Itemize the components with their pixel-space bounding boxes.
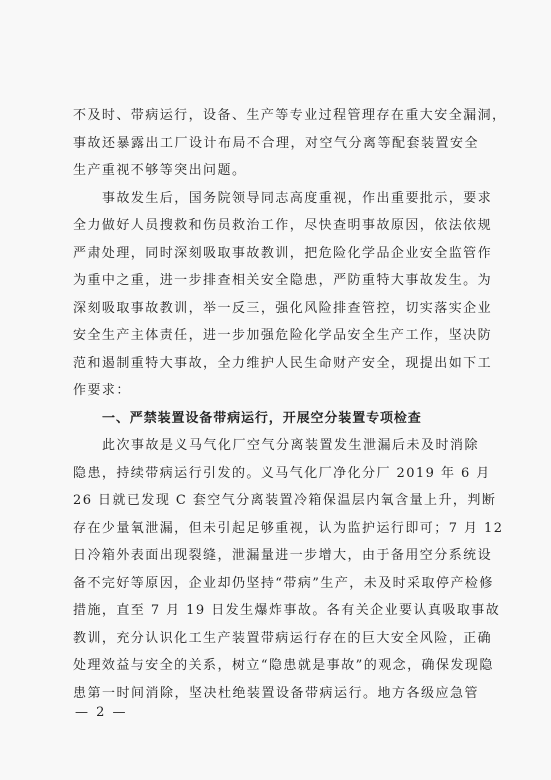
paragraph-line: 作要求： <box>73 377 479 405</box>
paragraph-line: 存在少量氧泄漏，但未引起足够重视，认为监护运行即可；7 月 12 <box>73 515 479 543</box>
paragraph-line: 患第一时间消除，坚决杜绝装置设备带病运行。地方各级应急管 <box>73 680 479 708</box>
paragraph-line: 备不完好等原因，企业却仍坚持“带病”生产，未及时采取停产检修 <box>73 570 479 598</box>
paragraph-line: 措施，直至 7 月 19 日发生爆炸事故。各有关企业要认真吸取事故 <box>73 597 479 625</box>
paragraph-line: 教训，充分认识化工生产装置带病运行存在的巨大安全风险，正确 <box>73 625 479 653</box>
paragraph-line: 安全生产主体责任，进一步加强危险化学品安全生产工作，坚决防 <box>73 322 479 350</box>
paragraph-line: 范和遏制重特大事故，全力维护人民生命财产安全，现提出如下工 <box>73 350 479 378</box>
paragraph-line: 日冷箱外表面出现裂缝，泄漏量进一步增大，由于备用空分系统设 <box>73 542 479 570</box>
document-body: 不及时、带病运行，设备、生产等专业过程管理存在重大安全漏洞， 事故还暴露出工厂设… <box>73 102 479 707</box>
section-heading: 一、严禁装置设备带病运行，开展空分装置专项检查 <box>73 405 479 433</box>
paragraph-line: 隐患，持续带病运行引发的。义马气化厂净化分厂 2019 年 6 月 <box>73 460 479 488</box>
paragraph-line: 全力做好人员搜救和伤员救治工作，尽快查明事故原因，依法依规 <box>73 212 479 240</box>
paragraph-line: 此次事故是义马气化厂空气分离装置发生泄漏后未及时消除 <box>73 432 479 460</box>
paragraph-line: 事故发生后，国务院领导同志高度重视，作出重要批示，要求 <box>73 185 479 213</box>
page-number: — 2 — <box>75 703 128 723</box>
paragraph-line: 为重中之重，进一步排查相关安全隐患，严防重特大事故发生。为 <box>73 267 479 295</box>
paragraph-line: 26 日就已发现 C 套空气分离装置冷箱保温层内氧含量上升，判断 <box>73 487 479 515</box>
paragraph-line: 事故还暴露出工厂设计布局不合理，对空气分离等配套装置安全 <box>73 130 479 158</box>
paragraph-line: 生产重视不够等突出问题。 <box>73 157 479 185</box>
document-page: 不及时、带病运行，设备、生产等专业过程管理存在重大安全漏洞， 事故还暴露出工厂设… <box>0 0 551 780</box>
paragraph-line: 严肃处理，同时深刻吸取事故教训，把危险化学品企业安全监管作 <box>73 240 479 268</box>
paragraph-line: 不及时、带病运行，设备、生产等专业过程管理存在重大安全漏洞， <box>73 102 479 130</box>
paragraph-line: 深刻吸取事故教训，举一反三，强化风险排查管控，切实落实企业 <box>73 295 479 323</box>
paragraph-line: 处理效益与安全的关系，树立“隐患就是事故”的观念，确保发现隐 <box>73 652 479 680</box>
